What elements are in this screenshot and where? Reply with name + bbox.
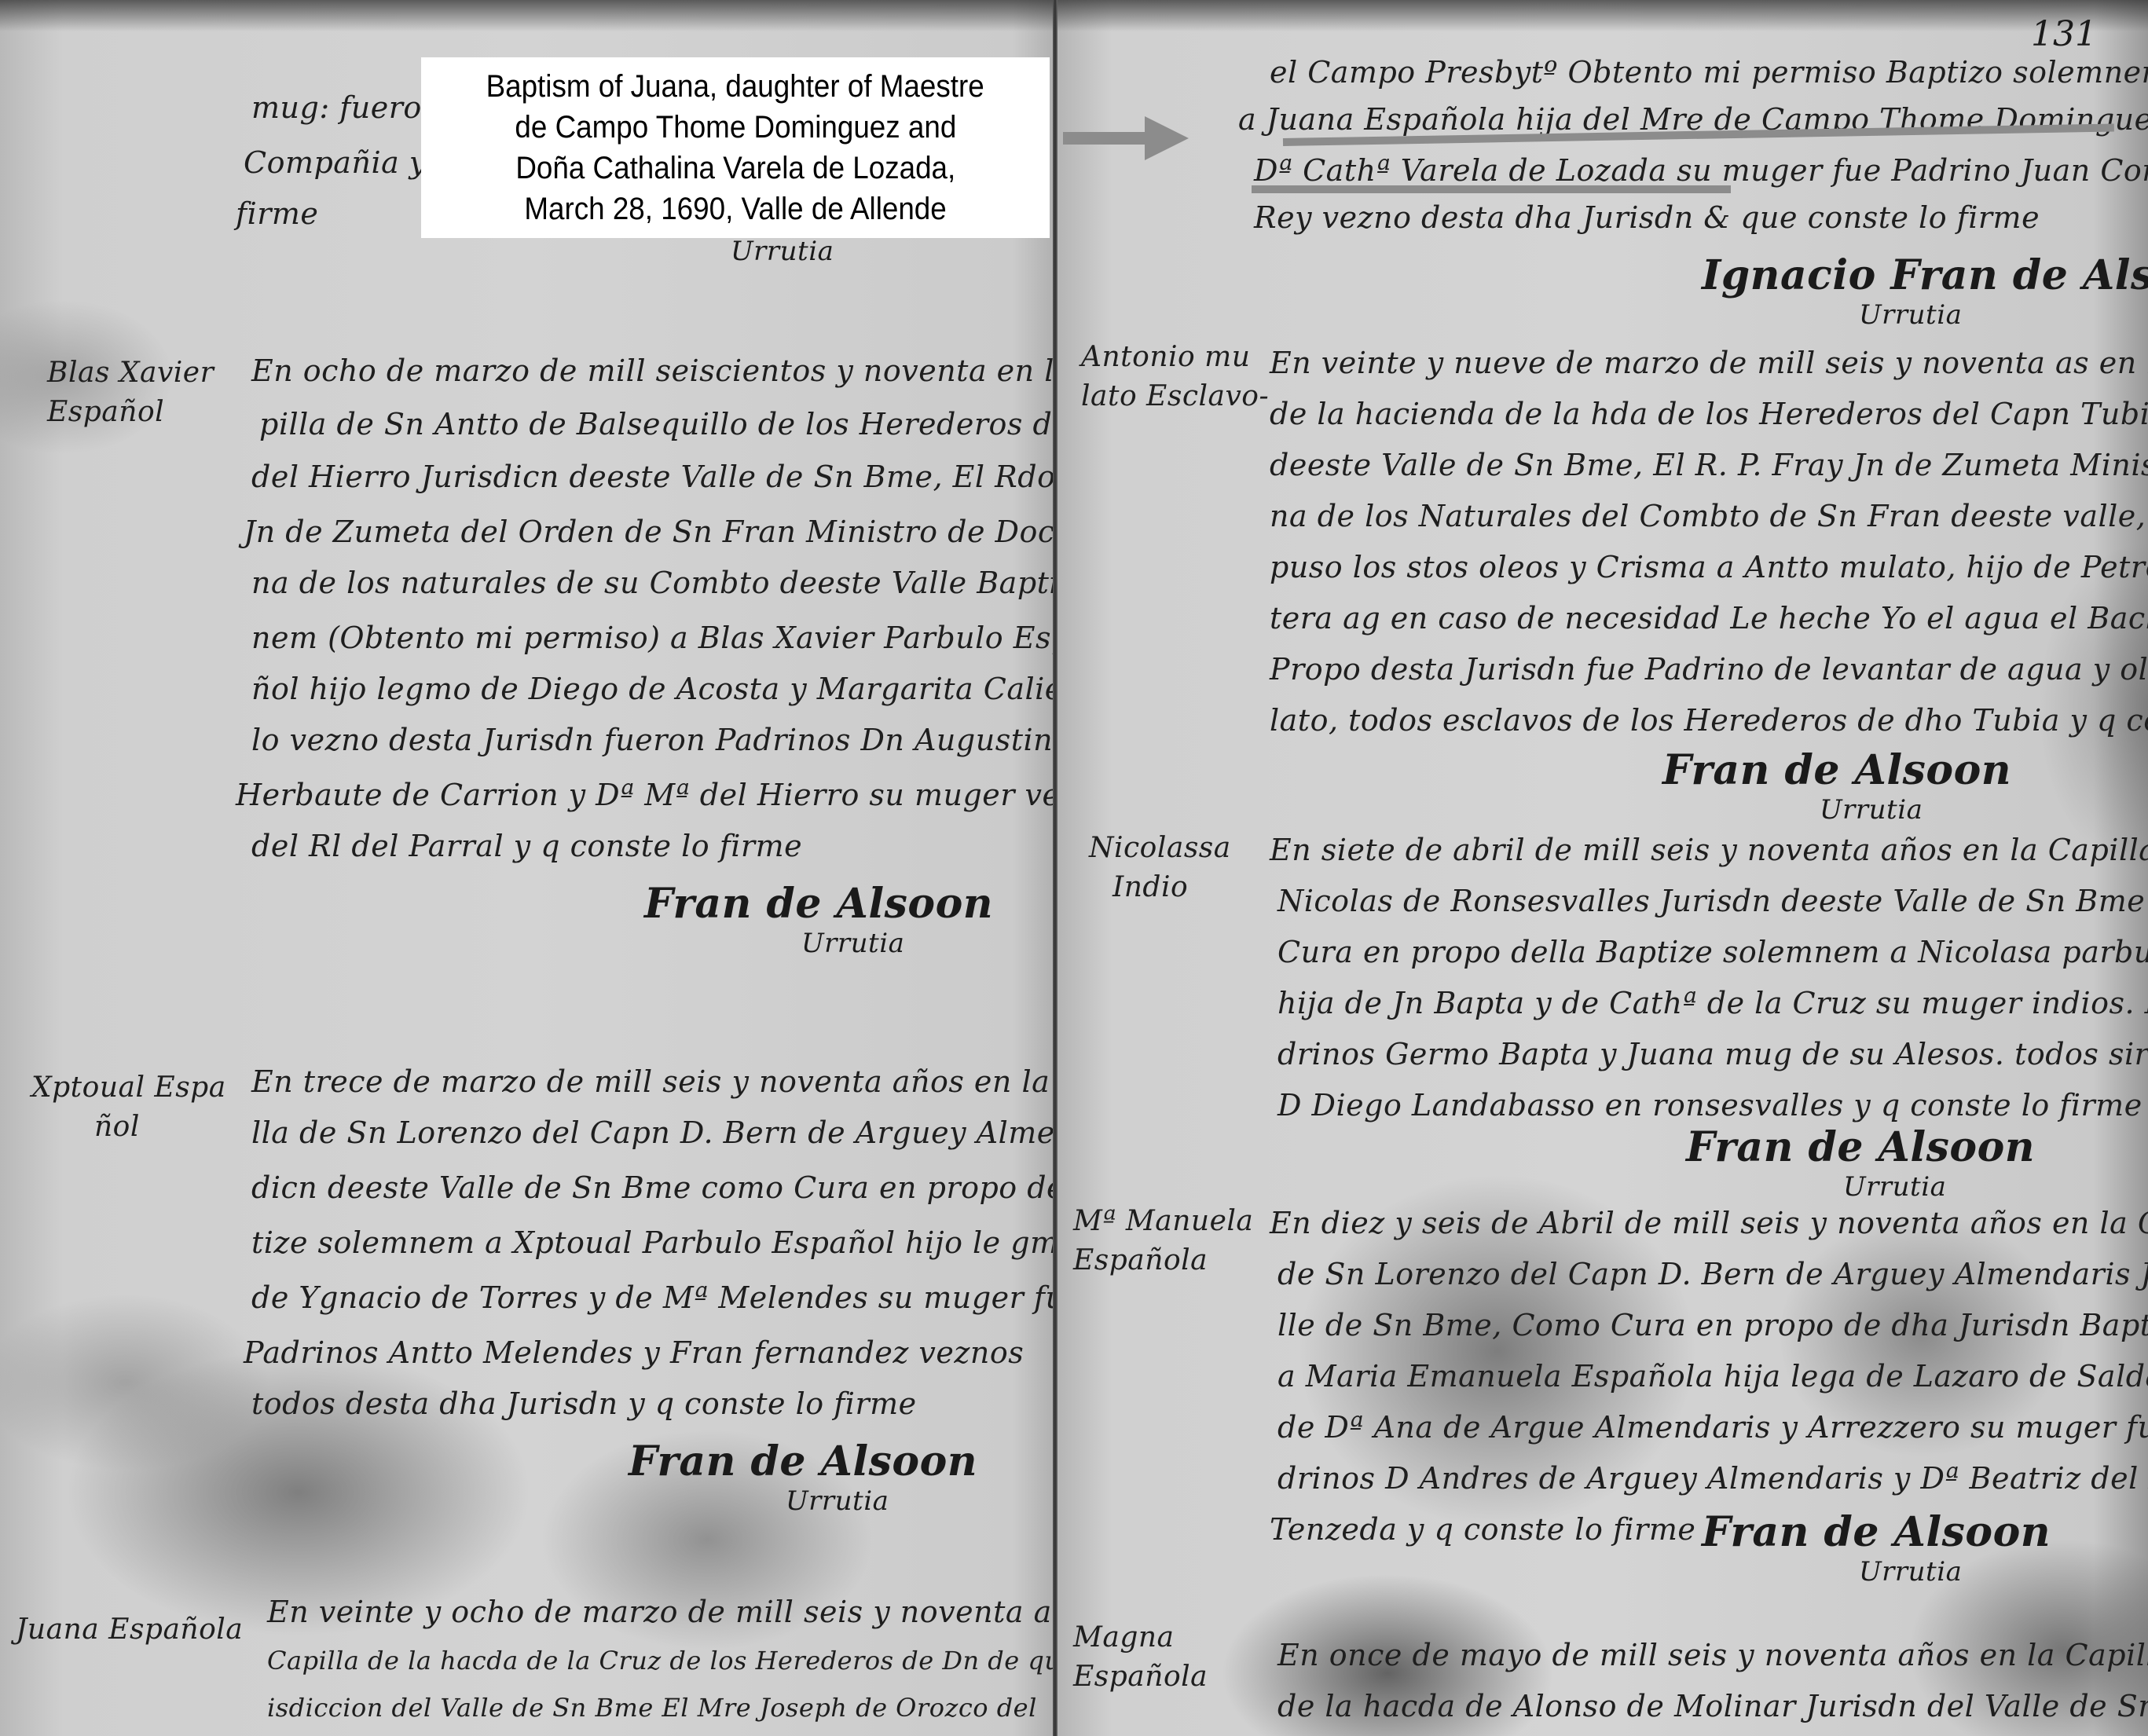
entry-line: na de los Naturales del Combto de Sn Fra… (1270, 499, 2148, 533)
entry-line: de la hacda de Alonso de Molinar Jurisdn… (1277, 1689, 2148, 1723)
entry-line: de Sn Lorenzo del Capn D. Bern de Arguey… (1277, 1257, 2148, 1291)
entry-line: puso los stos oleos y Crisma a Antto mul… (1270, 550, 2148, 584)
entry-line: lle de Sn Bme, Como Cura en propo de dha… (1277, 1308, 2148, 1342)
signature: Ignacio Fran de Alsoon Urrutia (1702, 251, 2148, 331)
signature: Urrutia (731, 236, 834, 267)
entry-line: firme (236, 196, 318, 231)
entry-line: En diez y seis de Abril de mill seis y n… (1270, 1206, 2148, 1240)
entry-line: nem (Obtento mi permiso) a Blas Xavier P… (251, 621, 1054, 655)
entry-line: de Dª Ana de Argue Almendaris y Arrezzer… (1277, 1410, 2148, 1445)
entry-line: Propo desta Jurisdn fue Padrino de levan… (1270, 652, 2148, 687)
page-edge-shadow (1058, 0, 2148, 31)
entry-line: Rey vezno desta dha Jurisdn & que conste… (1254, 200, 2040, 235)
caption-line: Baptism of Juana, daughter of Maestre (486, 66, 984, 107)
entry-line: deeste Valle de Sn Bme, El R. P. Fray Jn… (1270, 448, 2148, 482)
left-page: mug: fueron Compañia y firme Urrutia Bla… (0, 0, 1054, 1736)
margin-label-juana: Juana Española (16, 1610, 267, 1650)
entry-line: dicn deeste Valle de Sn Bme como Cura en… (251, 1170, 1054, 1205)
entry-line: Cura en propo della Baptize solemnem a N… (1277, 935, 2148, 969)
signature: Fran de Alsoon Urrutia (1686, 1123, 2035, 1203)
entry-line: mug: fueron (251, 90, 442, 125)
entry-line: En veinte y nueve de marzo de mill seis … (1270, 346, 2148, 380)
entry-line: D Diego Landabasso en ronsesvalles y q c… (1277, 1088, 2143, 1123)
signature: Fran de Alsoon Urrutia (1662, 746, 2011, 826)
entry-line: drinos D Andres de Arguey Almendaris y D… (1277, 1461, 2148, 1496)
entry-line: todos desta dha Jurisdn y q conste lo fi… (251, 1386, 917, 1421)
caption-line: March 28, 1690, Valle de Allende (524, 189, 946, 229)
entry-line: En siete de abril de mill seis y noventa… (1270, 833, 2148, 867)
entry-line: tera ag en caso de necesidad Le heche Yo… (1270, 601, 2148, 635)
entry-line: de la hacienda de la hda de los Heredero… (1270, 397, 2148, 431)
entry-line: de Ygnacio de Torres y de Mª Melendes su… (251, 1280, 1054, 1315)
entry-line: lato, todos esclavos de los Herederos de… (1270, 703, 2148, 738)
margin-label-blas-xavier: Blas Xavier Español (47, 353, 251, 432)
entry-line: hija de Jn Bapta y de Cathª de la Cruz s… (1277, 986, 2148, 1020)
entry-line: Tenzeda y q conste lo firme (1270, 1512, 1695, 1547)
signature: Fran de Alsoon Urrutia (1702, 1508, 2051, 1588)
entry-line: Padrinos Antto Melendes y Fran fernandez… (244, 1335, 1024, 1370)
entry-line: Nicolas de Ronsesvalles Jurisdn deeste V… (1277, 884, 2148, 918)
entry-line: lo vezno desta Jurisdn fueron Padrinos D… (251, 723, 1053, 757)
entry-line: Jn de Zumeta del Orden de Sn Fran Minist… (244, 515, 1054, 549)
entry-line: a Maria Emanuela Española hija lega de L… (1277, 1359, 2148, 1394)
entry-line: lla de Sn Lorenzo del Capn D. Bern de Ar… (251, 1115, 1054, 1150)
page-number: 131 (2031, 14, 2097, 54)
signature: Fran de Alsoon Urrutia (629, 1438, 977, 1517)
entry-line: En trece de marzo de mill seis y noventa… (251, 1064, 1054, 1099)
page-edge-shadow (0, 0, 1054, 31)
margin-label-magna: Magna Española (1073, 1618, 1293, 1697)
entry-line: Herbaute de Carrion y Dª Mª del Hierro s… (236, 778, 1054, 812)
margin-label-maria-manuela: Mª Manuela Española (1073, 1202, 1277, 1280)
entry-line: pilla de Sn Antto de Balsequillo de los … (259, 407, 1054, 441)
entry-line: En veinte y ocho de marzo de mill seis y… (267, 1595, 1054, 1629)
entry-line: drinos Germo Bapta y Juana mug de su Ale… (1277, 1037, 2148, 1071)
highlight-underline (1252, 185, 1731, 193)
entry-line: Capilla de la hacda de la Cruz de los He… (267, 1646, 1054, 1676)
entry-line: isdiccion del Valle de Sn Bme El Mre Jos… (267, 1693, 1037, 1723)
entry-line-highlighted: Dª Cathª Varela de Lozada su muger fue P… (1254, 153, 2148, 188)
entry-line: del Rl del Parral y q conste lo firme (251, 829, 802, 863)
entry-line: ñol hijo legmo de Diego de Acosta y Marg… (251, 672, 1054, 706)
margin-label-nicolassa: Nicolassa Indio (1089, 829, 1277, 907)
entry-line: Compañia y (244, 145, 427, 180)
signature: Fran de Alsoon Urrutia (644, 880, 993, 959)
right-arrow-icon (1063, 116, 1189, 160)
margin-label-xptoual: Xptoual Espa ñol (31, 1068, 236, 1147)
entry-line: na de los naturales de su Combto deeste … (251, 566, 1054, 600)
entry-line: En ocho de marzo de mill seiscientos y n… (251, 353, 1054, 388)
entry-line: el Campo Presbytº Obtento mi permiso Bap… (1270, 55, 2148, 90)
caption-line: Doña Cathalina Varela de Lozada, (515, 148, 955, 189)
caption-box: Baptism of Juana, daughter of Maestre de… (421, 57, 1050, 238)
entry-line: tize solemnem a Xptoual Parbulo Español … (251, 1225, 1054, 1260)
margin-label-antonio: Antonio mu lato Esclavo- (1081, 338, 1285, 416)
right-page: el Campo Presbytº Obtento mi permiso Bap… (1058, 0, 2148, 1736)
caption-line: de Campo Thome Dominguez and (515, 107, 956, 148)
entry-line: En once de mayo de mill seis y noventa a… (1277, 1638, 2148, 1672)
entry-line: del Hierro Jurisdicn deeste Valle de Sn … (251, 460, 1054, 494)
